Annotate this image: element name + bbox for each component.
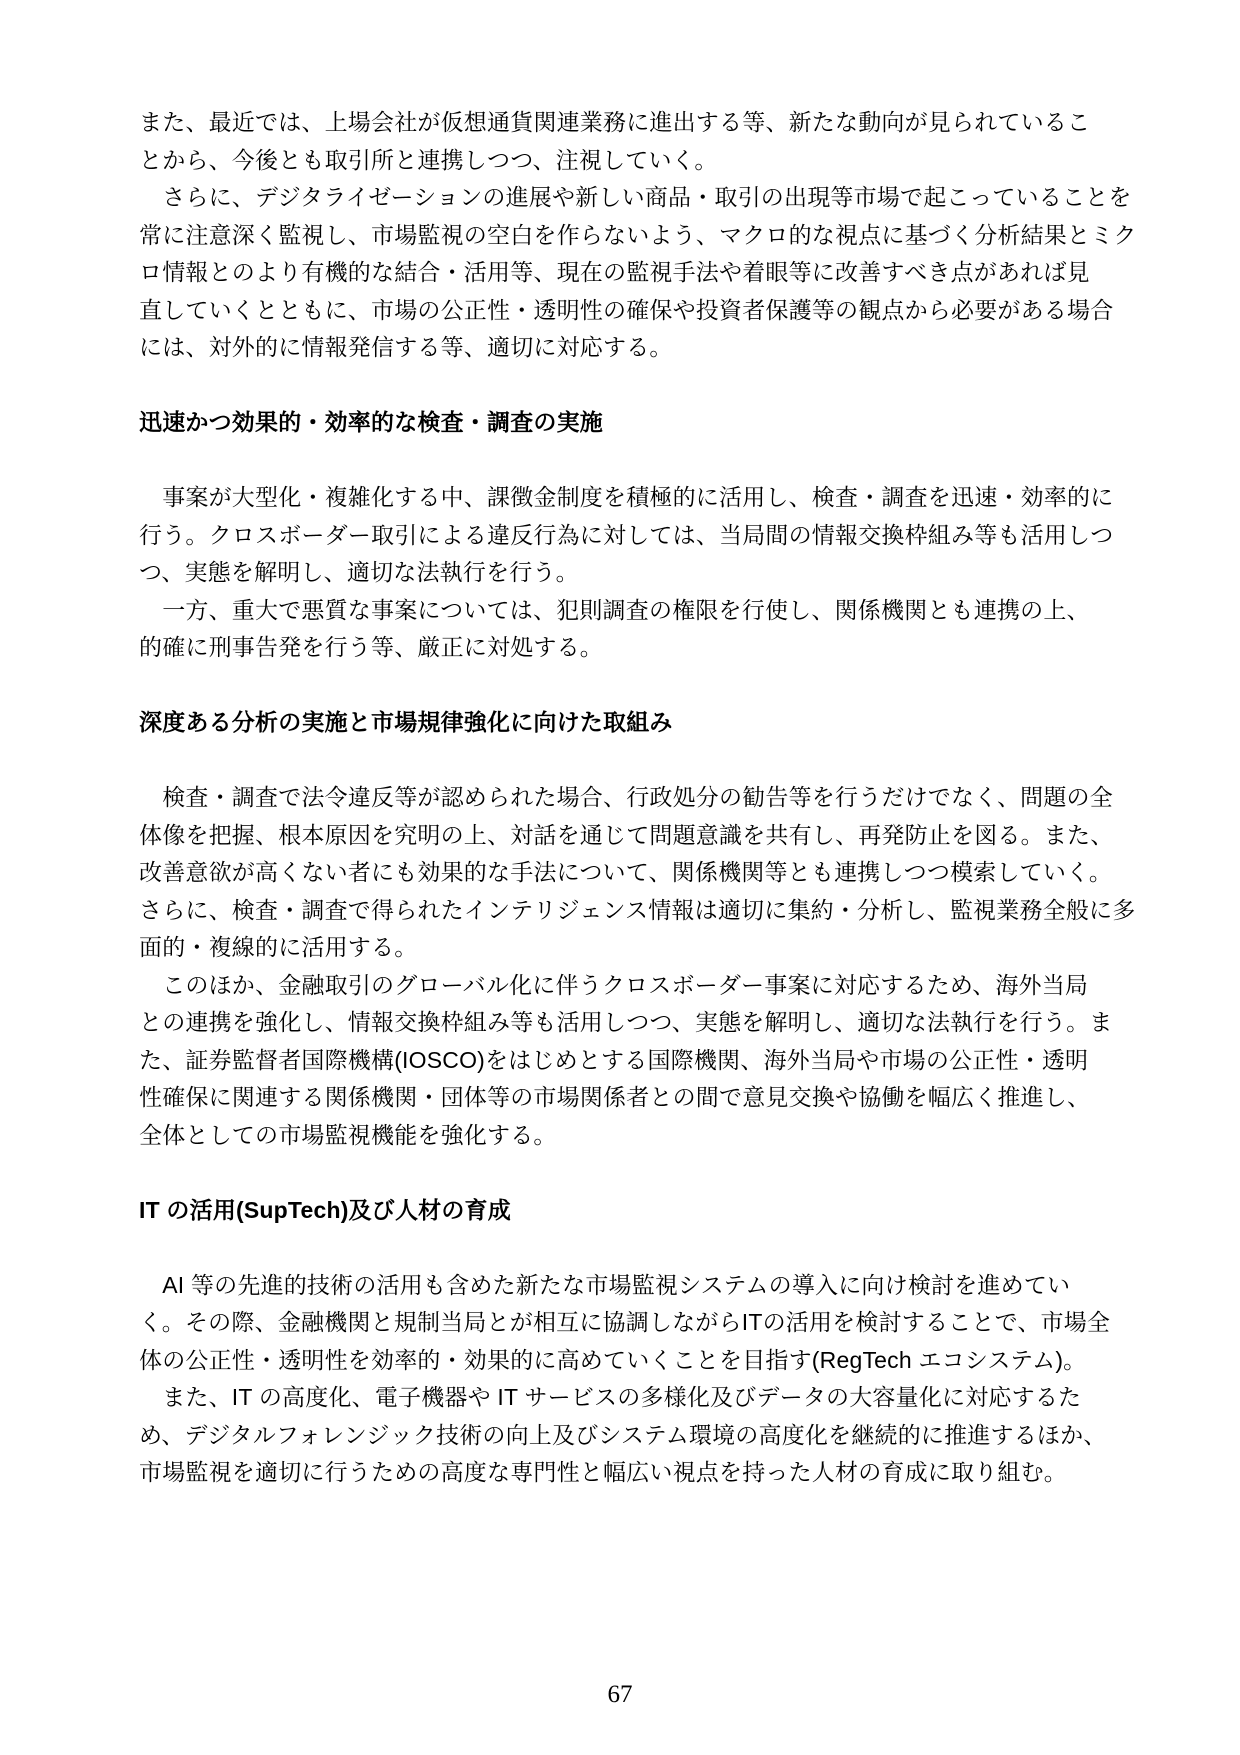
text-line: 体の公正性・透明性を効率的・効果的に高めていくことを目指す(RegTech エコ…	[139, 1342, 1134, 1380]
page-number: 67	[0, 1680, 1240, 1710]
section-heading: 深度ある分析の実施と市場規律強化に向けた取組み	[139, 704, 1134, 742]
text-line: AI 等の先進的技術の活用も含めた新たな市場監視システムの導入に向け検討を進めて…	[139, 1267, 1134, 1305]
text-line: さらに、デジタライゼーションの進展や新しい商品・取引の出現等市場で起こっているこ…	[139, 179, 1134, 217]
text-line: また、IT の高度化、電子機器や IT サービスの多様化及びデータの大容量化に対…	[139, 1379, 1134, 1417]
text-line: つ、実態を解明し、適切な法執行を行う。	[139, 554, 1134, 592]
text-line: このほか、金融取引のグローバル化に伴うクロスボーダー事案に対応するため、海外当局	[139, 967, 1134, 1005]
text-line: 行う。クロスボーダー取引による違反行為に対しては、当局間の情報交換枠組み等も活用…	[139, 517, 1134, 555]
section-heading: IT の活用(SupTech)及び人材の育成	[139, 1192, 1134, 1230]
paragraph: 事案が大型化・複雑化する中、課徴金制度を積極的に活用し、検査・調査を迅速・効率的…	[139, 479, 1134, 667]
text-line: 面的・複線的に活用する。	[139, 929, 1134, 967]
text-line: には、対外的に情報発信する等、適切に対応する。	[139, 329, 1134, 367]
heading-line: 迅速かつ効果的・効率的な検査・調査の実施	[139, 404, 1134, 442]
section-heading: 迅速かつ効果的・効率的な検査・調査の実施	[139, 404, 1134, 442]
text-line: 体像を把握、根本原因を究明の上、対話を通じて問題意識を共有し、再発防止を図る。ま…	[139, 817, 1134, 855]
text-line: た、証券監督者国際機構(IOSCO)をはじめとする国際機関、海外当局や市場の公正…	[139, 1042, 1134, 1080]
text-line: め、デジタルフォレンジック技術の向上及びシステム環境の高度化を継続的に推進するほ…	[139, 1417, 1134, 1455]
paragraph: AI 等の先進的技術の活用も含めた新たな市場監視システムの導入に向け検討を進めて…	[139, 1267, 1134, 1492]
text-line: また、最近では、上場会社が仮想通貨関連業務に進出する等、新たな動向が見られている…	[139, 104, 1134, 142]
heading-line: 深度ある分析の実施と市場規律強化に向けた取組み	[139, 704, 1134, 742]
text-line: さらに、検査・調査で得られたインテリジェンス情報は適切に集約・分析し、監視業務全…	[139, 892, 1134, 930]
text-line: 改善意欲が高くない者にも効果的な手法について、関係機関等とも連携しつつ模索してい…	[139, 854, 1134, 892]
text-line: く。その際、金融機関と規制当局とが相互に協調しながらITの活用を検討することで、…	[139, 1304, 1134, 1342]
text-line: 市場監視を適切に行うための高度な専門性と幅広い視点を持った人材の育成に取り組む。	[139, 1454, 1134, 1492]
text-line: 一方、重大で悪質な事案については、犯則調査の権限を行使し、関係機関とも連携の上、	[139, 592, 1134, 630]
paragraph: また、最近では、上場会社が仮想通貨関連業務に進出する等、新たな動向が見られている…	[139, 104, 1134, 367]
heading-line: IT の活用(SupTech)及び人材の育成	[139, 1192, 1134, 1230]
text-line: 常に注意深く監視し、市場監視の空白を作らないよう、マクロ的な視点に基づく分析結果…	[139, 217, 1134, 255]
text-line: 性確保に関連する関係機関・団体等の市場関係者との間で意見交換や協働を幅広く推進し…	[139, 1079, 1134, 1117]
paragraph: 検査・調査で法令違反等が認められた場合、行政処分の勧告等を行うだけでなく、問題の…	[139, 779, 1134, 1154]
text-line: との連携を強化し、情報交換枠組み等も活用しつつ、実態を解明し、適切な法執行を行う…	[139, 1004, 1134, 1042]
text-line: 的確に刑事告発を行う等、厳正に対処する。	[139, 629, 1134, 667]
text-line: とから、今後とも取引所と連携しつつ、注視していく。	[139, 142, 1134, 180]
text-line: 事案が大型化・複雑化する中、課徴金制度を積極的に活用し、検査・調査を迅速・効率的…	[139, 479, 1134, 517]
document-body: また、最近では、上場会社が仮想通貨関連業務に進出する等、新たな動向が見られている…	[139, 104, 1134, 1492]
text-line: 全体としての市場監視機能を強化する。	[139, 1117, 1134, 1155]
text-line: 検査・調査で法令違反等が認められた場合、行政処分の勧告等を行うだけでなく、問題の…	[139, 779, 1134, 817]
document-page: また、最近では、上場会社が仮想通貨関連業務に進出する等、新たな動向が見られている…	[0, 0, 1240, 1755]
text-line: ロ情報とのより有機的な結合・活用等、現在の監視手法や着眼等に改善すべき点があれば…	[139, 254, 1134, 292]
text-line: 直していくとともに、市場の公正性・透明性の確保や投資者保護等の観点から必要がある…	[139, 292, 1134, 330]
